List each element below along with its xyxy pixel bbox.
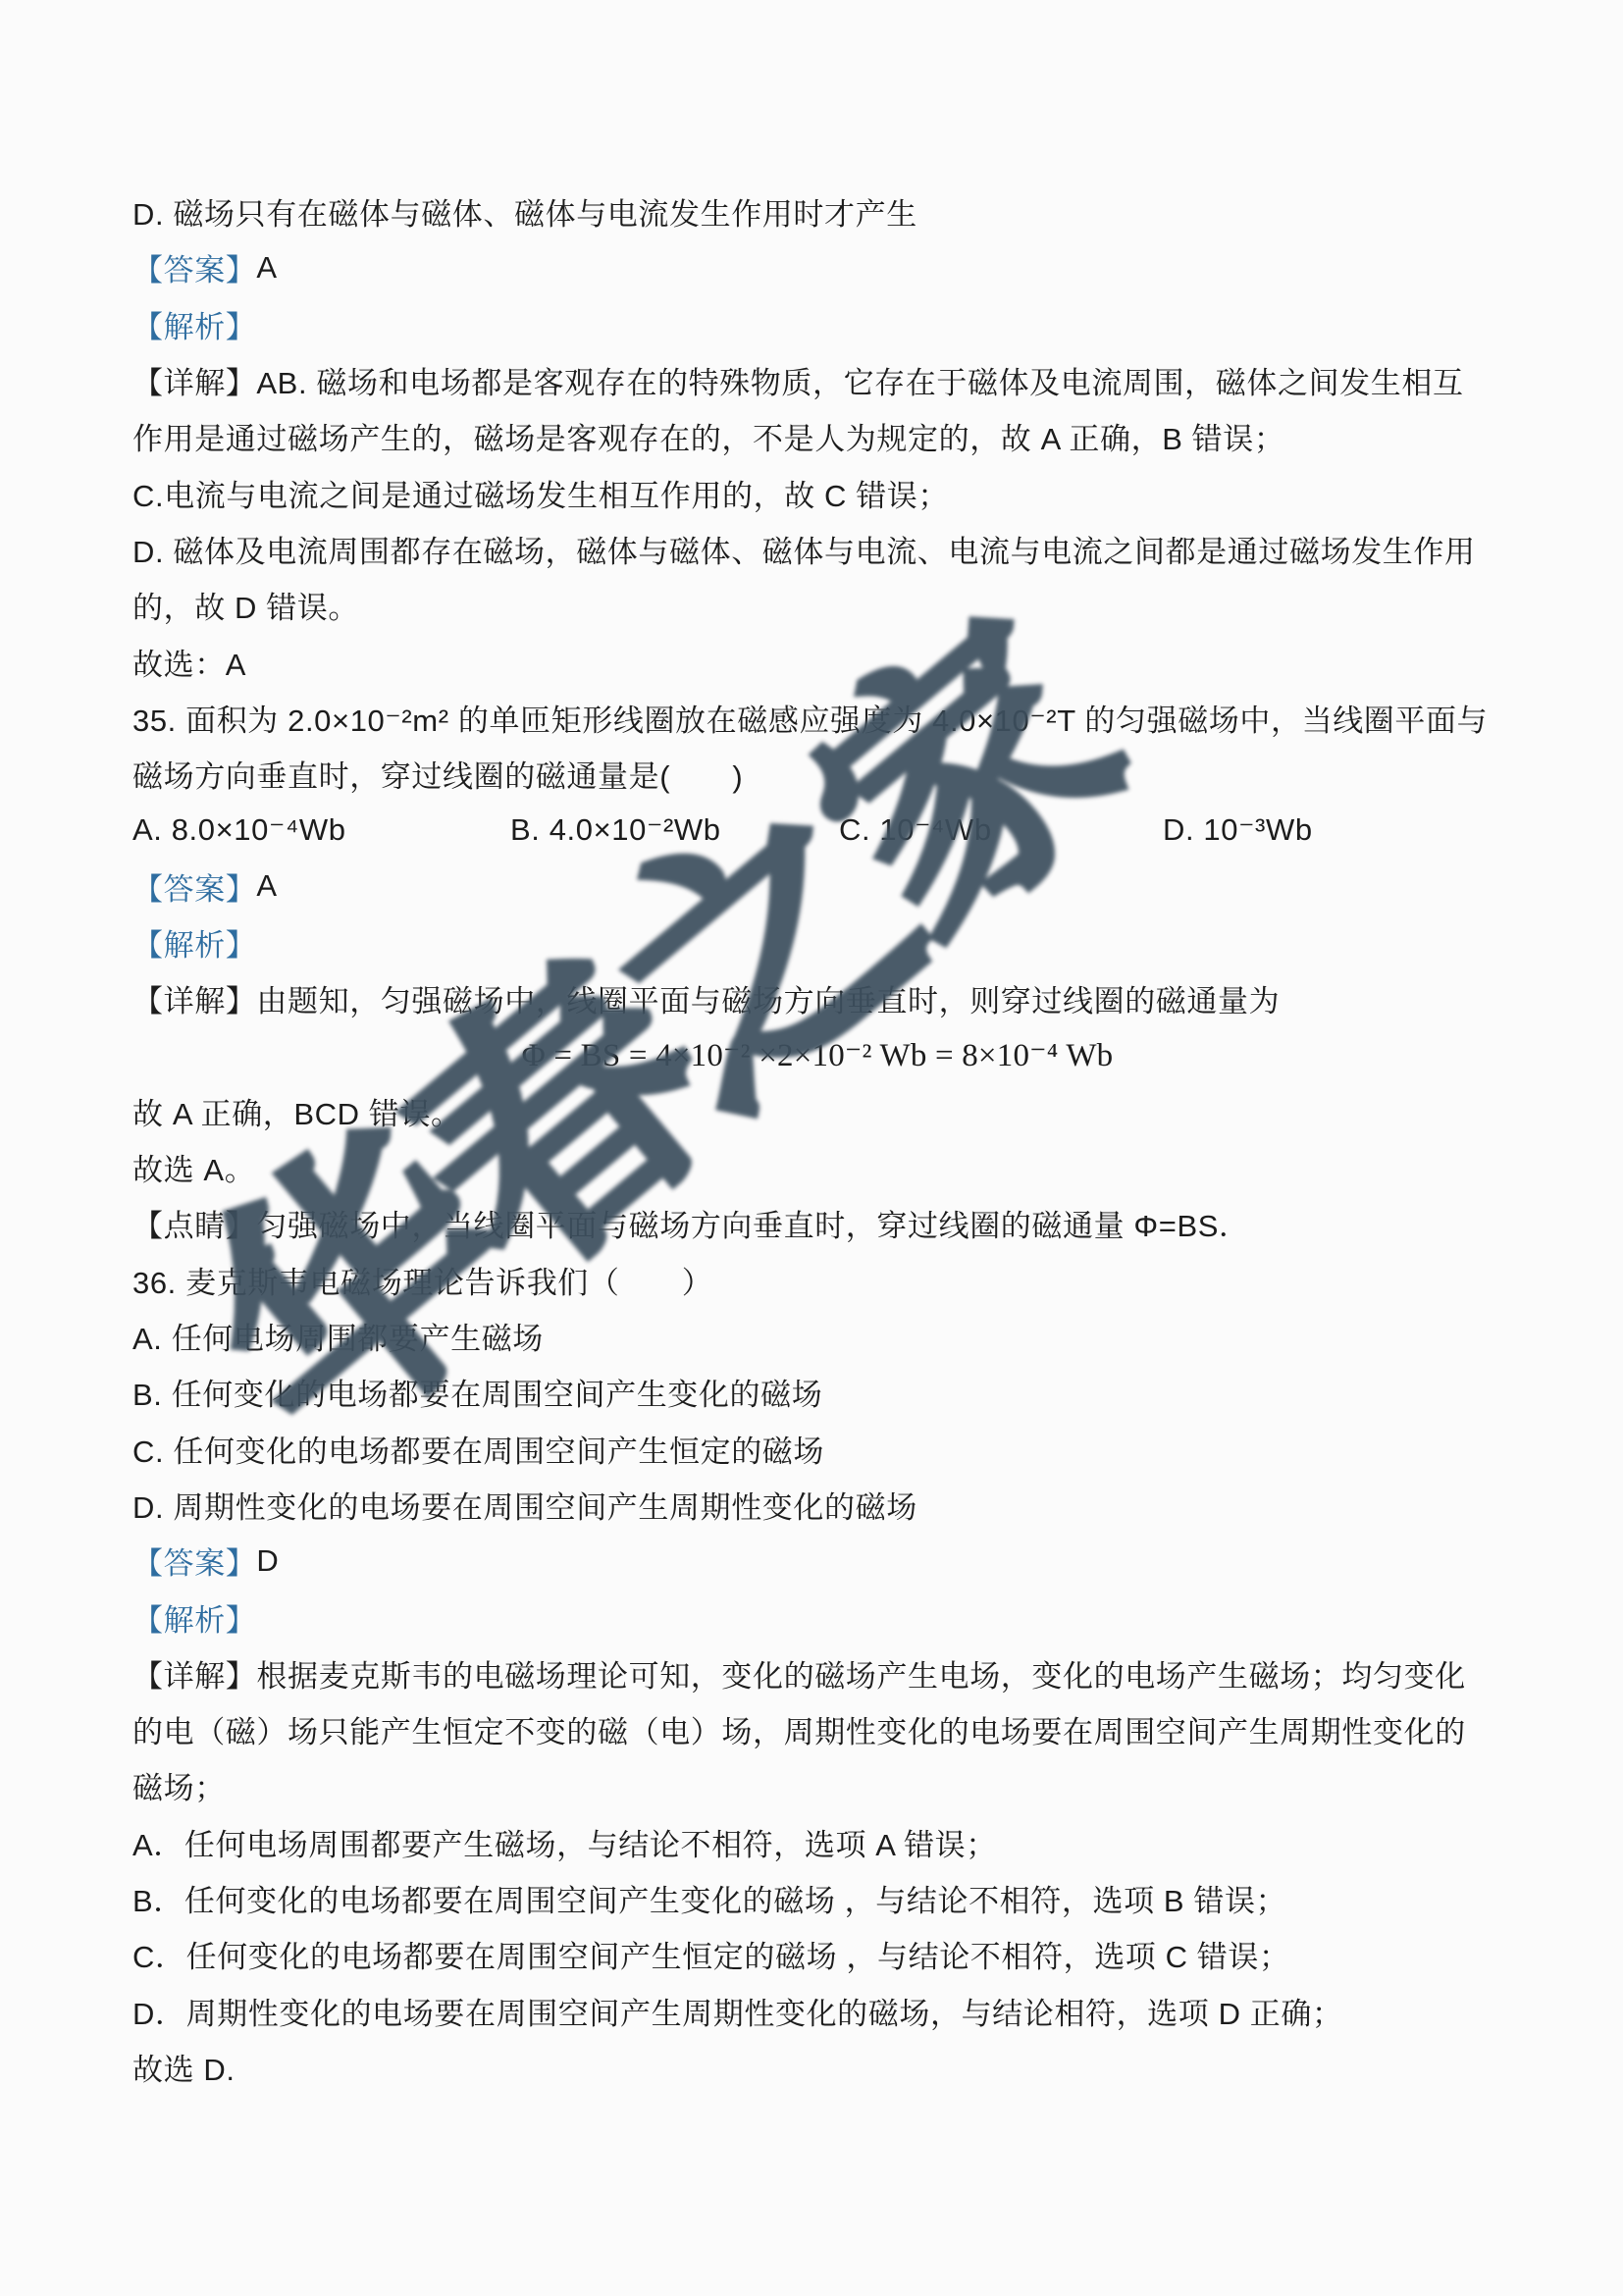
question-36-stem: 36. 麦克斯韦电磁场理论告诉我们（ ） bbox=[132, 1252, 1502, 1308]
answer-label: 【答案】 bbox=[132, 245, 256, 289]
answer-label: 【答案】 bbox=[132, 1539, 256, 1583]
analysis-line-q36: 【解析】 bbox=[132, 1589, 1502, 1644]
explanation-text: 故 A 正确，BCD 错误。 bbox=[132, 1083, 1502, 1139]
question-36-option-c: C. 任何变化的电场都要在周围空间产生恒定的磁场 bbox=[132, 1421, 1502, 1477]
question-36-option-b: B. 任何变化的电场都要在周围空间产生变化的磁场 bbox=[132, 1364, 1502, 1420]
question-35-stem: 35. 面积为 2.0×10⁻²m² 的单匝矩形线圈放在磁感应强度为 4.0×1… bbox=[132, 690, 1502, 746]
explanation-text: 磁场； bbox=[132, 1757, 1502, 1813]
analysis-line-q35: 【解析】 bbox=[132, 914, 1502, 970]
explanation-text: 【详解】AB. 磁场和电场都是客观存在的特殊物质，它存在于磁体及电流周围，磁体之… bbox=[132, 352, 1502, 408]
option-b: B. 4.0×10⁻²Wb bbox=[510, 812, 839, 848]
analysis-label: 【解析】 bbox=[132, 302, 256, 346]
analysis-label: 【解析】 bbox=[132, 920, 256, 965]
answer-label: 【答案】 bbox=[132, 864, 256, 909]
exam-answer-document: D. 磁场只有在磁体与磁体、磁体与电流发生作用时才产生 【答案】A 【解析】 【… bbox=[132, 183, 1502, 2095]
answer-line-q36: 【答案】D bbox=[132, 1533, 1502, 1589]
explanation-option-b: B．任何变化的电场都要在周围空间产生变化的磁场 ，与结论不相符，选项 B 错误； bbox=[132, 1870, 1502, 1926]
answer-line-q35: 【答案】A bbox=[132, 859, 1502, 914]
explanation-text: 的电（磁）场只能产生恒定不变的磁（电）场，周期性变化的电场要在周围空间产生周期性… bbox=[132, 1701, 1502, 1757]
chosen-answer-q35: 故选 A。 bbox=[132, 1139, 1502, 1195]
option-c: C. 10⁻⁴Wb bbox=[839, 812, 1163, 848]
explanation-option-c: C．任何变化的电场都要在周围空间产生恒定的磁场 ，与结论不相符，选项 C 错误； bbox=[132, 1926, 1502, 1982]
answer-line-q34: 【答案】A bbox=[132, 239, 1502, 295]
flux-formula: Φ = BS = 4×10⁻² ×2×10⁻² Wb = 8×10⁻⁴ Wb bbox=[132, 1026, 1502, 1082]
explanation-text: 【详解】根据麦克斯韦的电磁场理论可知，变化的磁场产生电场，变化的电场产生磁场；均… bbox=[132, 1645, 1502, 1701]
chosen-answer-q34: 故选：A bbox=[132, 633, 1502, 689]
explanation-option-a: A．任何电场周围都要产生磁场，与结论不相符，选项 A 错误； bbox=[132, 1814, 1502, 1870]
explanation-text: 【详解】由题知，匀强磁场中，线圈平面与磁场方向垂直时，则穿过线圈的磁通量为 bbox=[132, 970, 1502, 1026]
explanation-option-d: D．周期性变化的电场要在周围空间产生周期性变化的磁场，与结论相符，选项 D 正确… bbox=[132, 1983, 1502, 2039]
option-a: A. 8.0×10⁻⁴Wb bbox=[132, 812, 510, 848]
explanation-text: D. 磁体及电流周围都存在磁场，磁体与磁体、磁体与电流、电流与电流之间都是通过磁… bbox=[132, 521, 1502, 577]
chosen-answer-q36: 故选 D. bbox=[132, 2039, 1502, 2095]
tip-line-q35: 【点睛】匀强磁场中，当线圈平面与磁场方向垂直时，穿过线圈的磁通量 Φ=BS． bbox=[132, 1195, 1502, 1251]
question-36-option-a: A. 任何电场周围都要产生磁场 bbox=[132, 1308, 1502, 1364]
analysis-line-q34: 【解析】 bbox=[132, 296, 1502, 352]
option-d: D. 10⁻³Wb bbox=[1163, 812, 1502, 848]
question-35-options-row: A. 8.0×10⁻⁴Wb B. 4.0×10⁻²Wb C. 10⁻⁴Wb D.… bbox=[132, 802, 1502, 858]
explanation-text: 作用是通过磁场产生的，磁场是客观存在的，不是人为规定的，故 A 正确，B 错误； bbox=[132, 408, 1502, 464]
analysis-label: 【解析】 bbox=[132, 1595, 256, 1640]
explanation-text: C.电流与电流之间是通过磁场发生相互作用的，故 C 错误； bbox=[132, 464, 1502, 520]
question-36-option-d: D. 周期性变化的电场要在周围空间产生周期性变化的磁场 bbox=[132, 1477, 1502, 1533]
explanation-text: 的，故 D 错误。 bbox=[132, 577, 1502, 633]
question-35-stem: 磁场方向垂直时，穿过线圈的磁通量是( ) bbox=[132, 746, 1502, 802]
option-d-q34: D. 磁场只有在磁体与磁体、磁体与电流发生作用时才产生 bbox=[132, 183, 1502, 239]
